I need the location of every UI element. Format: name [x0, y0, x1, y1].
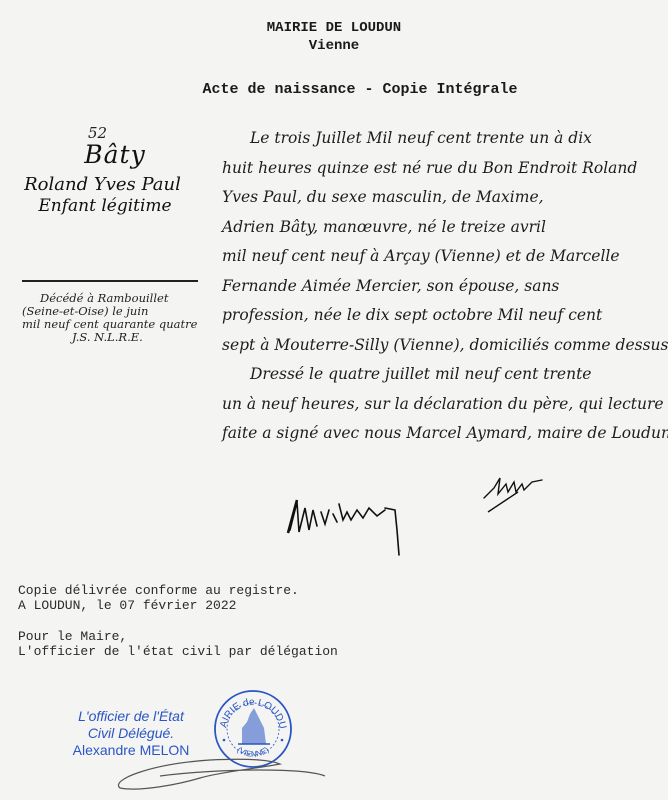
- stamp-line1: L'officier de l'État: [60, 708, 202, 725]
- act-line: un à neuf heures, sur la déclaration du …: [222, 390, 662, 420]
- margin-surname: Bâty: [40, 140, 190, 169]
- death-note-line: J.S. N.L.R.E.: [22, 331, 202, 344]
- father-signature: [480, 470, 550, 525]
- margin-status: Enfant légitime: [20, 196, 190, 216]
- act-line: mil neuf cent neuf à Arçay (Vienne) et d…: [222, 242, 662, 272]
- act-line: Adrien Bâty, manœuvre, né le treize avri…: [222, 213, 662, 243]
- place-date: A LOUDUN, le 07 février 2022: [18, 598, 299, 613]
- act-line: profession, née le dix sept octobre Mil …: [222, 301, 662, 331]
- town-hall-title: MAIRIE DE LOUDUN: [0, 20, 668, 36]
- act-line: Le trois Juillet Mil neuf cent trente un…: [222, 124, 662, 154]
- certification-text: Copie délivrée conforme au registre.: [18, 583, 299, 598]
- document-title: Acte de naissance - Copie Intégrale: [140, 81, 580, 98]
- act-line: Yves Paul, du sexe masculin, de Maxime,: [222, 183, 662, 213]
- death-annotation: Décédé à Rambouillet (Seine-et-Oise) le …: [22, 292, 202, 344]
- act-body: Le trois Juillet Mil neuf cent trente un…: [222, 124, 662, 449]
- officer-block: Pour le Maire, L'officier de l'état civi…: [18, 629, 338, 659]
- act-line: Fernande Aimée Mercier, son épouse, sans: [222, 272, 662, 302]
- for-mayor: Pour le Maire,: [18, 629, 338, 644]
- officer-signature: [100, 750, 340, 800]
- certification-block: Copie délivrée conforme au registre. A L…: [18, 583, 299, 613]
- act-line: huit heures quinze est né rue du Bon End…: [222, 154, 662, 184]
- act-line: Dressé le quatre juillet mil neuf cent t…: [222, 360, 662, 390]
- margin-divider: [22, 280, 198, 282]
- officer-role: L'officier de l'état civil par délégatio…: [18, 644, 338, 659]
- margin-given-names: Roland Yves Paul: [15, 174, 190, 195]
- act-line: sept à Mouterre-Silly (Vienne), domicili…: [222, 331, 662, 361]
- mayor-signature: [285, 490, 435, 565]
- department-subtitle: Vienne: [0, 38, 668, 54]
- act-line: faite a signé avec nous Marcel Aymard, m…: [222, 419, 662, 449]
- stamp-line2: Civil Délégué.: [60, 725, 202, 742]
